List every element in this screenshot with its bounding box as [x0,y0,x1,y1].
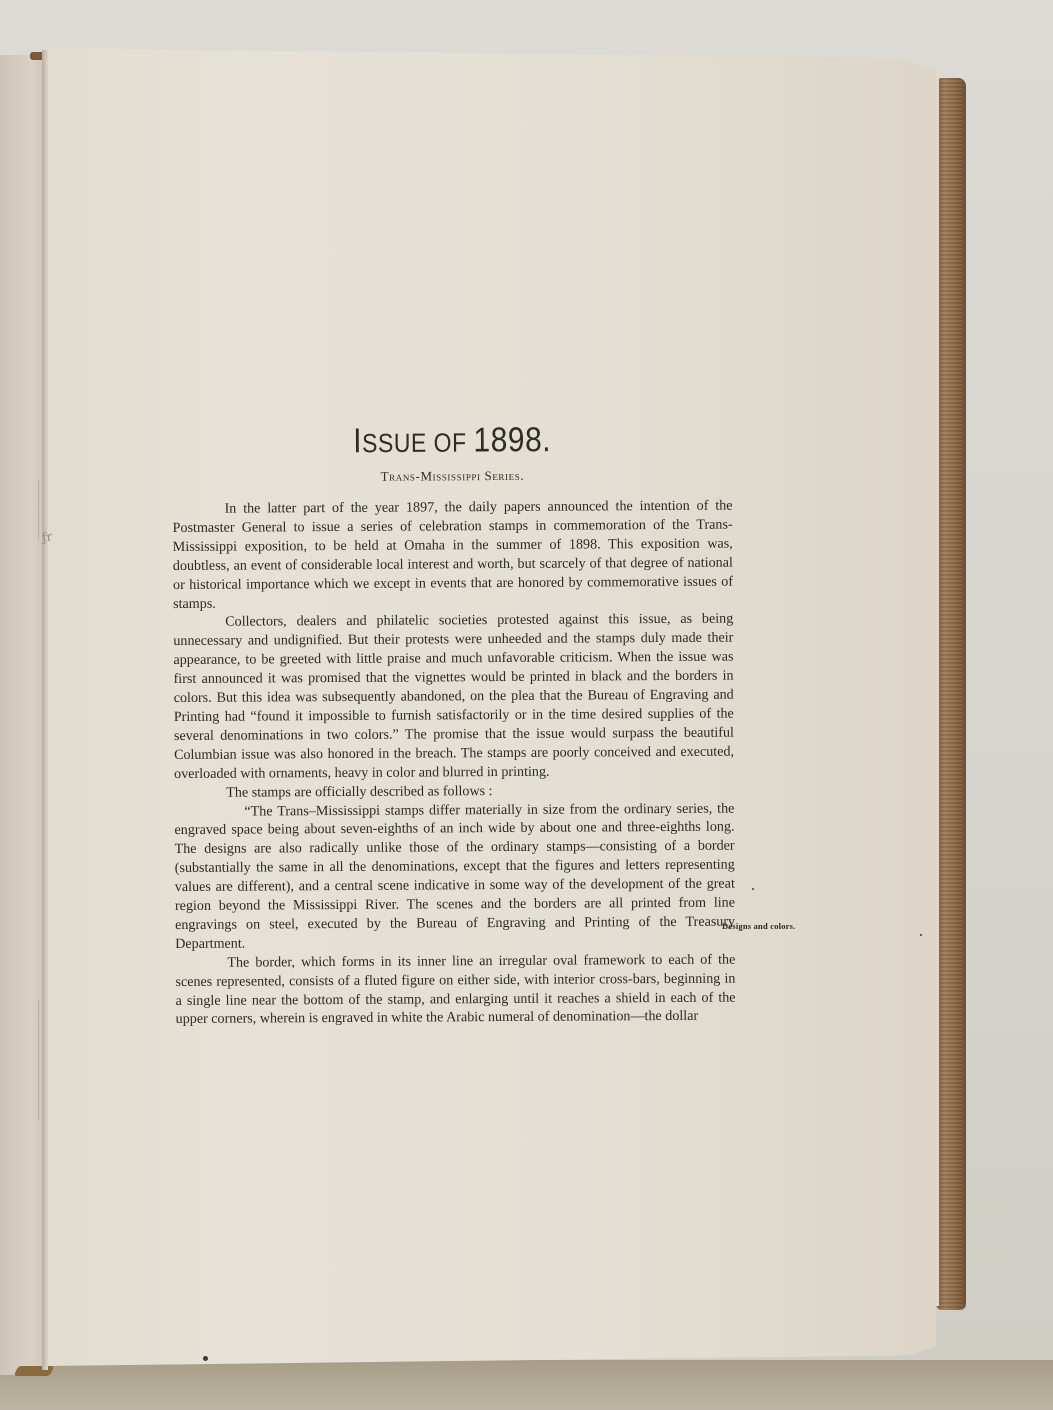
title-initial: I [353,422,362,460]
page-subtitle: Trans-Mississippi Series. [172,467,732,486]
quoted-paragraph: “The Trans–Mississippi stamps differ mat… [174,799,735,954]
paragraph: In the latter part of the year 1897, the… [172,497,733,614]
paragraph: The border, which forms in its inner lin… [175,950,735,1029]
book-cover-edge [936,78,966,1310]
table-surface-bottom [0,1360,1053,1410]
left-cover-corner-bottom [14,1366,55,1376]
page-content: ISSUE OF 1898. Trans-Mississippi Series.… [172,417,736,1030]
body-text: In the latter part of the year 1897, the… [172,497,735,1030]
binding-stitch [38,480,39,540]
title-text: SSUE OF [362,427,474,458]
ink-spot [203,1356,208,1361]
gutter-shadow [42,50,48,1370]
left-facing-page [0,55,44,1375]
binding-stitch [38,1000,39,1120]
marginal-note: Designs and colors. [722,921,795,931]
page-title: ISSUE OF 1898. [172,420,732,463]
title-year: 1898. [473,421,551,459]
speck [920,934,922,936]
speck [752,888,754,890]
pencil-annotation: ƒr [41,529,53,545]
paragraph: Collectors, dealers and philatelic socie… [173,610,734,784]
